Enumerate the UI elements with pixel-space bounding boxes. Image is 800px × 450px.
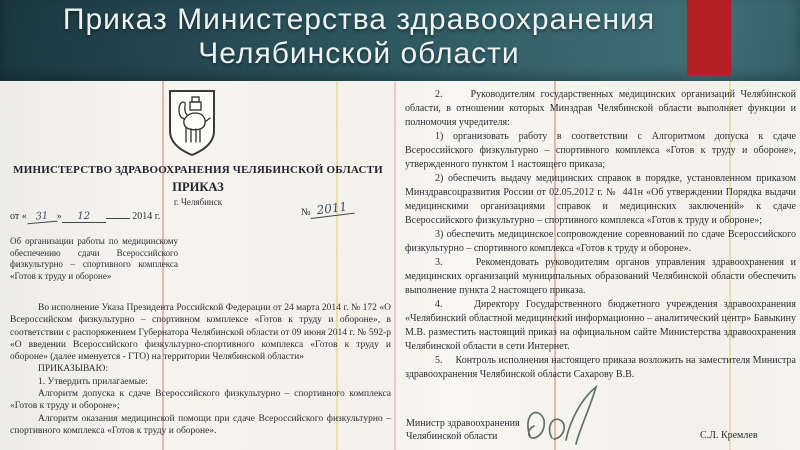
preamble-paragraph: Во исполнение Указа Президента Российско… [10, 302, 391, 363]
date-year: 2014 г. [132, 211, 160, 222]
date-prefix: от « [10, 211, 27, 222]
order-item-2-3: 3) обеспечить медицинское сопровождение … [405, 228, 796, 256]
page-split-line [394, 81, 396, 450]
accent-bar [687, 0, 731, 75]
signature-role: Министр здравоохранения Челябинской обла… [406, 417, 520, 443]
order-subject: Об организации работы по медицинскому об… [10, 236, 178, 282]
order-date-line: от «31»12 2014 г. [10, 211, 160, 223]
date-day-handwritten: 31 [26, 210, 57, 225]
presentation-slide: Приказ Министерства здравоохранения Челя… [0, 0, 800, 450]
order-item-1b: Алгоритм оказания медицинской помощи при… [10, 413, 391, 438]
signature-role-line2: Челябинской области [406, 430, 520, 443]
order-verb: ПРИКАЗЫВАЮ: [10, 363, 391, 375]
slide-title-line2: Челябинской области [0, 37, 718, 71]
coat-of-arms-icon [167, 89, 217, 162]
order-item-2-2: 2) обеспечить выдачу медицинских справок… [405, 172, 796, 228]
scanned-document: МИНИСТЕРСТВО ЗДРАВООХРАНЕНИЯ ЧЕЛЯБИНСКОЙ… [0, 81, 800, 450]
order-item-3: 3. Рекомендовать руководителям органов у… [405, 256, 796, 298]
date-blank-line [106, 218, 130, 219]
order-item-4: 4. Директору Государственного бюджетного… [405, 298, 796, 354]
signature-role-line1: Министр здравоохранения [406, 417, 520, 430]
date-month-handwritten: 12 [62, 211, 106, 223]
order-item-1: 1. Утвердить прилагаемые: [10, 376, 391, 388]
ministry-header: МИНИСТЕРСТВО ЗДРАВООХРАНЕНИЯ ЧЕЛЯБИНСКОЙ… [0, 164, 396, 176]
left-page-body: Во исполнение Указа Президента Российско… [10, 302, 391, 437]
order-item-2: 2. Руководителям государственных медицин… [405, 88, 796, 130]
signer-name: С.Л. Кремлев [700, 430, 758, 441]
signature-scribble-icon [520, 384, 624, 450]
slide-title: Приказ Министерства здравоохранения Челя… [0, 3, 718, 71]
order-heading: ПРИКАЗ [0, 180, 396, 195]
right-page-body: 2. Руководителям государственных медицин… [405, 88, 796, 382]
order-item-1a: Алгоритм допуска к сдаче Всероссийского … [10, 388, 391, 413]
order-item-5: 5. Контроль исполнения настоящего приказ… [405, 354, 796, 382]
order-item-2-1: 1) организовать работу в соответствии с … [405, 130, 796, 172]
order-number-line: №2011 [301, 204, 355, 219]
slide-title-line1: Приказ Министерства здравоохранения [0, 3, 718, 37]
